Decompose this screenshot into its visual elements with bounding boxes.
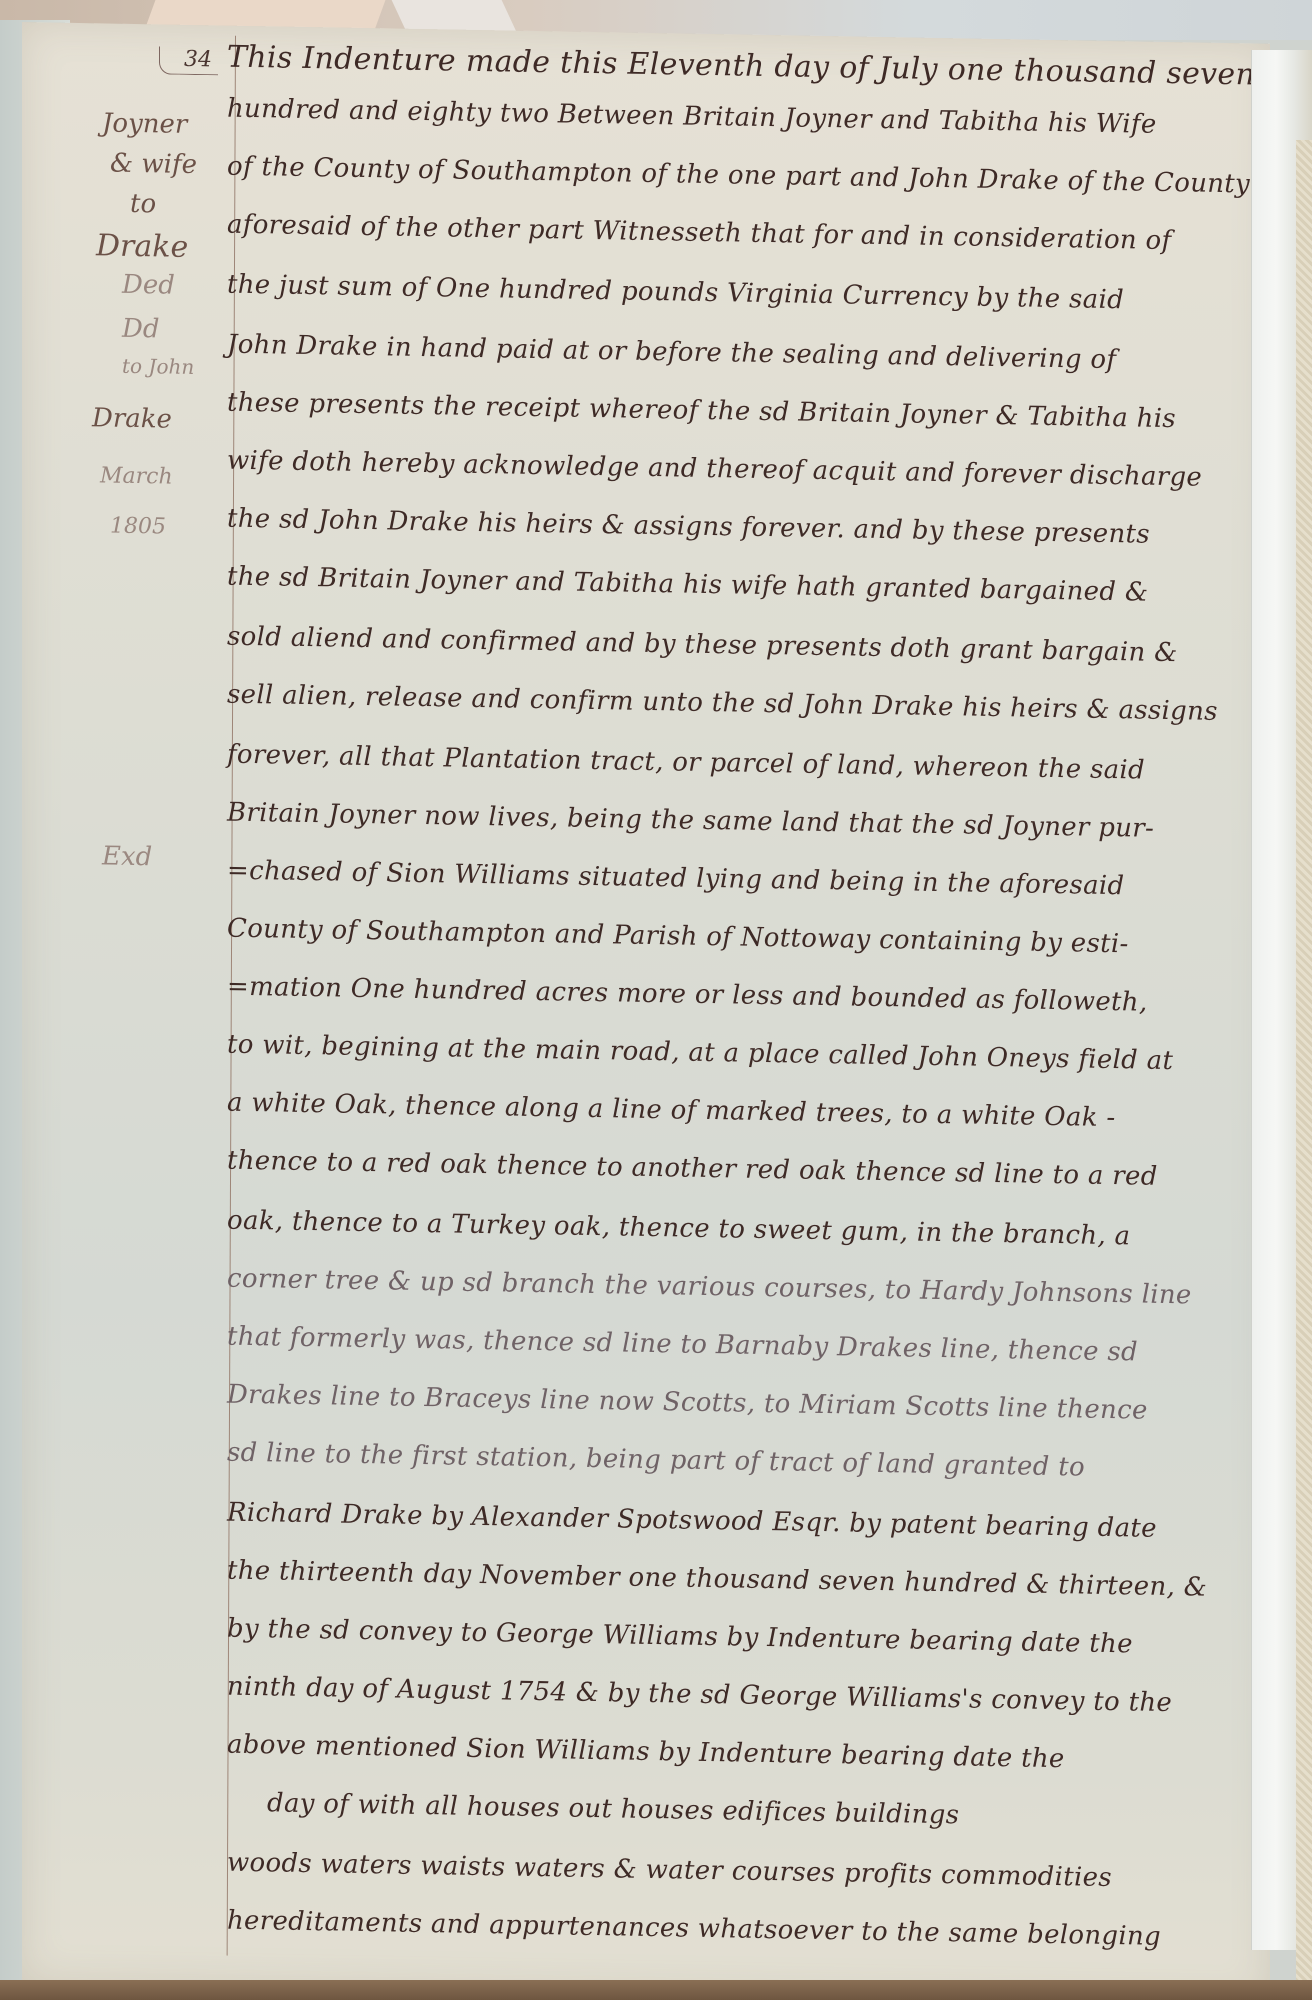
- text-line: County of Southampton and Parish of Nott…: [227, 914, 1129, 960]
- margin-note: Drake: [96, 228, 188, 265]
- text-line: ninth day of August 1754 & by the sd Geo…: [227, 1672, 1172, 1718]
- page-number: 34: [159, 46, 218, 75]
- text-line: thence to a red oak thence to another re…: [227, 1146, 1158, 1192]
- text-line: John Drake in hand paid at or before the…: [227, 330, 1116, 376]
- margin-note: Drake: [92, 403, 172, 434]
- text-line: the sd John Drake his heirs & assigns fo…: [227, 504, 1150, 550]
- margin-note: 1805: [110, 514, 166, 540]
- text-line: of the County of Southampton of the one …: [227, 152, 1250, 200]
- text-line: =mation One hundred acres more or less a…: [227, 972, 1147, 1018]
- text-line: forever, all that Plantation tract, or p…: [227, 740, 1145, 786]
- text-line: corner tree & up sd branch the various c…: [227, 1264, 1192, 1311]
- margin-note: to: [130, 189, 156, 219]
- text-line: sell alien, release and confirm unto the…: [227, 680, 1218, 727]
- text-line: to wit, begining at the main road, at a …: [227, 1030, 1173, 1077]
- text-line: Britain Joyner now lives, being the same…: [227, 798, 1154, 844]
- text-line: This Indenture made this Eleventh day of…: [227, 40, 1255, 93]
- text-line: hereditaments and appurtenances whatsoev…: [227, 1906, 1161, 1952]
- text-line: day of with all houses out houses edific…: [267, 1788, 959, 1830]
- margin-note: Joyner: [102, 108, 187, 139]
- margin-note: & wife: [110, 149, 197, 181]
- text-line: the sd Britain Joyner and Tabitha his wi…: [227, 562, 1148, 608]
- book-binding-cloth: [1296, 140, 1312, 1990]
- text-line: sd line to the first station, being part…: [227, 1438, 1085, 1483]
- text-line: wife doth hereby acknowledge and thereof…: [227, 446, 1202, 493]
- text-line: the just sum of One hundred pounds Virgi…: [227, 270, 1124, 316]
- text-line: aforesaid of the other part Witnesseth t…: [227, 210, 1171, 256]
- text-line: oak, thence to a Turkey oak, thence to s…: [227, 1206, 1130, 1252]
- text-line: a white Oak, thence along a line of mark…: [227, 1088, 1115, 1134]
- text-line: =chased of Sion Williams situated lying …: [227, 856, 1124, 902]
- deed-body: This Indenture made this Eleventh day of…: [227, 26, 1227, 2000]
- text-line: Drakes line to Braceys line now Scotts, …: [227, 1380, 1148, 1426]
- text-line: sold aliend and confirmed and by these p…: [227, 622, 1178, 669]
- margin-note: Ded: [122, 270, 175, 301]
- text-line: hundred and eighty two Between Britain J…: [227, 94, 1157, 140]
- text-line: the thirteenth day November one thousand…: [227, 1556, 1207, 1603]
- margin-note: to John: [122, 354, 194, 379]
- text-line: woods waters waists waters & water cours…: [227, 1848, 1112, 1893]
- margin-note: March: [100, 463, 173, 489]
- margin-note: Exd: [102, 841, 152, 872]
- text-line: above mentioned Sion Williams by Indentu…: [227, 1730, 1065, 1775]
- text-line: Richard Drake by Alexander Spotswood Esq…: [227, 1498, 1157, 1544]
- deed-page: 34 Joyner & wife to Drake Ded Dd to John…: [22, 22, 1270, 2000]
- text-line: that formerly was, thence sd line to Bar…: [227, 1322, 1138, 1368]
- margin-note: Dd: [122, 314, 160, 345]
- text-line: by the sd convey to George Williams by I…: [227, 1614, 1133, 1660]
- text-line: these presents the receipt whereof the s…: [227, 388, 1176, 435]
- table-surface: [0, 1980, 1312, 2000]
